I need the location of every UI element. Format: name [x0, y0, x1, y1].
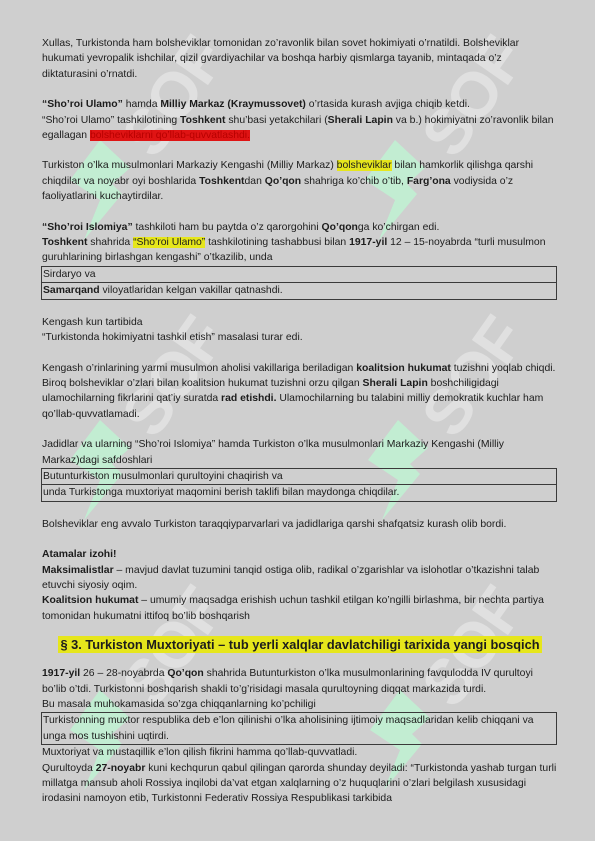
boxed-row: Butunturkiston musulmonlari qurultoyini …: [42, 469, 556, 484]
bold-term: Qo’qon: [167, 668, 203, 679]
glossary-title: Atamalar izohi!: [42, 549, 116, 560]
text: Muxtoriyat va mustaqillik e’lon qilish f…: [42, 747, 357, 758]
bold-term: Sherali Lapin: [328, 115, 393, 126]
boxed-table: Butunturkiston musulmonlari qurultoyini …: [41, 468, 557, 502]
text: Kengash kun tartibida: [42, 317, 143, 328]
glossary-term: Koalitsion hukumat: [42, 595, 138, 606]
bold-term: 1917-yil: [349, 237, 387, 248]
paragraph-5: Kengash kun tartibida “Turkistonda hokim…: [42, 315, 558, 346]
bold-term: Sherali Lapin: [363, 378, 428, 389]
yellow-highlight: “Sho’roi Ulamo”: [133, 237, 205, 248]
boxed-row: Samarqand viloyatlaridan kelgan vakillar…: [42, 282, 556, 298]
yellow-highlight: bolsheviklar: [337, 160, 392, 171]
text: hamda: [123, 99, 161, 110]
text: o’rtasida kurash avjiga chiqib ketdi.: [306, 99, 470, 110]
section-heading: § 3. Turkiston Muxtoriyati – tub yerli x…: [42, 636, 558, 654]
bold-term: koalitsion hukumat: [356, 363, 451, 374]
paragraph-4: “Sho’roi Islomiya” tashkiloti ham bu pay…: [42, 220, 558, 266]
bold-term: “Sho’roi Ulamo”: [42, 99, 123, 110]
text: Bu masala muhokamasida so’zga chiqqanlar…: [42, 699, 316, 710]
text: viloyatlaridan kelgan vakillar qatnashdi…: [100, 285, 283, 296]
bold-term: 1917-yil: [42, 668, 80, 679]
boxed-row: Sirdaryo va: [42, 267, 556, 282]
bold-term: Qo’qon: [322, 222, 358, 233]
boxed-row: unda Turkistonga muxtoriyat maqomini ber…: [42, 484, 556, 500]
paragraph-6: Kengash o’rinlarining yarmi musulmon aho…: [42, 361, 558, 423]
text: tashkiloti ham bu paytda o’z qarorgohini: [133, 222, 322, 233]
bold-term: Toshkent: [199, 176, 244, 187]
text: ga ko’chirgan edi.: [358, 222, 439, 233]
glossary-def: – mavjud davlat tuzumini tanqid ostiga o…: [42, 565, 539, 591]
text: Kengash o’rinlarining yarmi musulmon aho…: [42, 363, 356, 374]
text: Qurultoyda: [42, 763, 96, 774]
text: shahriga ko’chib o’tib,: [301, 176, 407, 187]
paragraph-7: Jadidlar va ularning “Sho’roi Islomiya” …: [42, 437, 558, 468]
text: Biroq bolsheviklar o’zlari bilan koalits…: [42, 378, 363, 389]
text: tuzishni yoqlab chiqdi.: [451, 363, 556, 374]
paragraph-10: Muxtoriyat va mustaqillik e’lon qilish f…: [42, 745, 558, 807]
text: dan: [245, 176, 265, 187]
boxed-table: Sirdaryo va Samarqand viloyatlaridan kel…: [41, 266, 557, 300]
paragraph-1: Xullas, Turkistonda ham bolsheviklar tom…: [42, 36, 558, 82]
section-heading-text: § 3. Turkiston Muxtoriyati – tub yerli x…: [58, 636, 541, 653]
paragraph-8: Bolsheviklar eng avvalo Turkiston taraqq…: [42, 517, 558, 532]
bold-term: Toshkent: [180, 115, 225, 126]
red-highlight: bolsheviklarni qo’llab-quvvatlashdi.: [90, 130, 250, 141]
text: tashkilotining tashabbusi bilan: [205, 237, 349, 248]
glossary-item: Maksimalistlar – mavjud davlat tuzumini …: [42, 563, 558, 594]
boxed-table: Turkistonning muxtor respublika deb e’lo…: [41, 712, 557, 745]
text: 26 – 28-noyabrda: [80, 668, 167, 679]
paragraph-3: Turkiston o’lka musulmonlari Markaziy Ke…: [42, 158, 558, 204]
document-page: Xullas, Turkistonda ham bolsheviklar tom…: [42, 36, 558, 807]
text: “Turkistonda hokimiyatni tashkil etish” …: [42, 332, 303, 343]
bold-term: Toshkent: [42, 237, 87, 248]
paragraph-2: “Sho’roi Ulamo” hamda Milliy Markaz (Kra…: [42, 97, 558, 143]
text: Turkiston o’lka musulmonlari Markaziy Ke…: [42, 160, 337, 171]
glossary-item: Koalitsion hukumat – umumiy maqsadga eri…: [42, 593, 558, 624]
bold-term: rad etishdi.: [221, 393, 276, 404]
text: “Sho’roi Ulamo” tashkilotining: [42, 115, 180, 126]
bold-term: Qo’qon: [265, 176, 301, 187]
bold-term: “Sho’roi Islomiya”: [42, 222, 133, 233]
bold-term: Samarqand: [43, 285, 100, 296]
boxed-row: Turkistonning muxtor respublika deb e’lo…: [42, 713, 556, 744]
bold-term: 27-noyabr: [96, 763, 146, 774]
text: shahrida: [87, 237, 133, 248]
glossary: Atamalar izohi! Maksimalistlar – mavjud …: [42, 547, 558, 624]
glossary-term: Maksimalistlar: [42, 565, 114, 576]
bold-term: Milliy Markaz (Kraymussovet): [160, 99, 306, 110]
paragraph-9: 1917-yil 26 – 28-noyabrda Qo’qon shahrid…: [42, 666, 558, 712]
bold-term: Farg’ona: [407, 176, 451, 187]
text: shu’basi yetakchilari (: [225, 115, 327, 126]
